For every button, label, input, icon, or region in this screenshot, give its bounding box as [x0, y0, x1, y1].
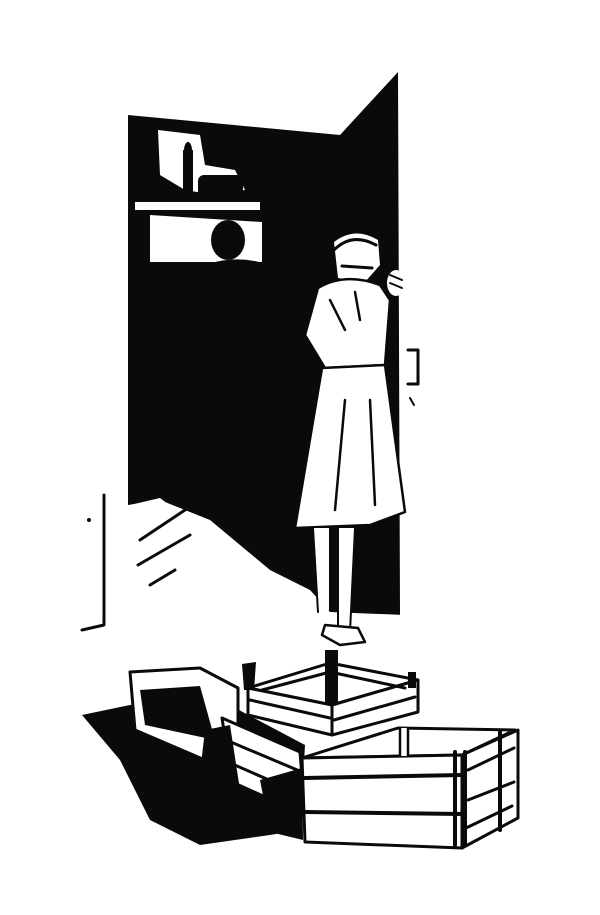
- crate-top: [242, 650, 418, 735]
- wooden-crates: [82, 650, 518, 858]
- jar-icon: [198, 175, 243, 197]
- ink-illustration: [0, 0, 600, 915]
